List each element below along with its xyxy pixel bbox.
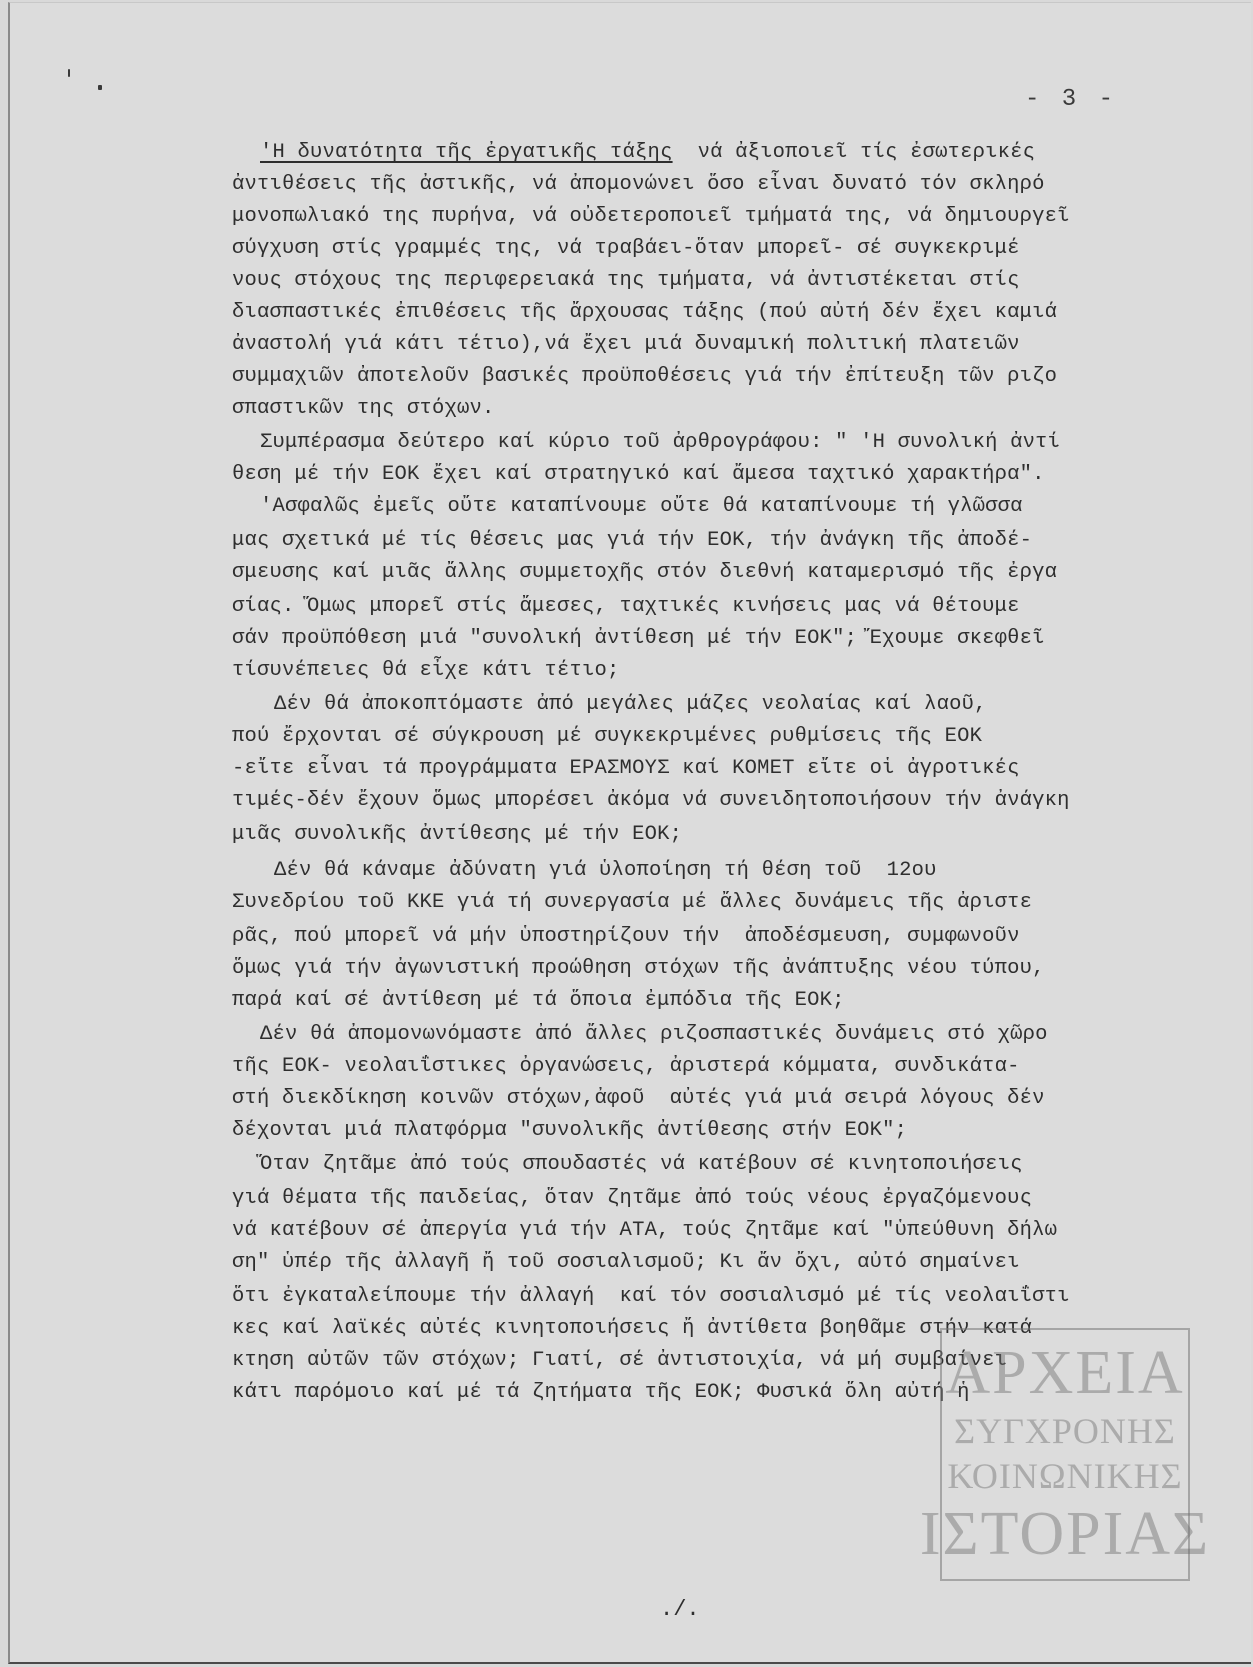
text-line: Ὅταν ζητᾶμε ἀπό τούς σπουδαστές νά κατέβ…	[260, 1149, 1023, 1181]
text-line: διασπαστικές ἐπιθέσεις τῆς ἄρχουσας τάξη…	[232, 297, 1057, 329]
text-line: σμευσης καί μιᾶς ἄλλης συμμετοχῆς στόν δ…	[232, 557, 1057, 589]
text-line: 'Ασφαλῶς ἐμεῖς οὔτε καταπίνουμε οὔτε θά …	[260, 491, 1023, 523]
text-line: νά κατέβουν σέ ἀπεργία γιά τήν ΑΤΑ, τούς…	[232, 1215, 1057, 1247]
text-line: Δέν θά κάναμε ἀδύνατη γιά ὑλοποίηση τή θ…	[274, 855, 937, 887]
page-number: - 3 -	[1025, 86, 1117, 113]
text-line: σύγχυση στίς γραμμές της, νά τραβάει-ὅτα…	[232, 233, 1020, 265]
text-line: Δέν θά ἀποκοπτόμαστε ἀπό μεγάλες μάζες ν…	[274, 689, 987, 721]
text-line: παρά καί σέ ἀντίθεση μέ τά ὅποια ἐμπόδια…	[232, 985, 845, 1017]
text-line: ἀναστολή γιά κάτι τέτιο),νά ἔχει μιά δυν…	[232, 329, 1020, 361]
end-mark: ./.	[660, 1597, 700, 1622]
text-line: κτηση αὐτῶν τῶν στόχων; Γιατί, σέ ἀντιστ…	[232, 1345, 1007, 1377]
text-line: γιά θέματα τῆς παιδείας, ὅταν ζητᾶμε ἀπό…	[232, 1183, 1032, 1215]
text-line: θεση μέ τήν ΕΟΚ ἔχει καί στρατηγικό καί …	[232, 459, 1045, 491]
text-line: ὅμως γιά τήν ἀγωνιστική προώθηση στόχων …	[232, 953, 1045, 985]
text-line: κάτι παρόμοιο καί μέ τά ζητήματα τῆς ΕΟΚ…	[232, 1377, 970, 1409]
text-line: σάν προϋπόθεση μιά "συνολική ἀντίθεση μέ…	[232, 623, 1045, 655]
underlined-heading-phrase: 'Η δυνατότητα τῆς ἐργατικῆς τάξης	[260, 141, 673, 164]
text-line: -εἴτε εἶναι τά προγράμματα ΕΡΑΣΜΟΥΣ καί …	[232, 753, 1020, 785]
text-line: κες καί λαϊκές αὐτές κινητοποιήσεις ἤ ἀν…	[232, 1313, 1032, 1345]
text-line: ση" ὑπέρ τῆς ἀλλαγῆ ἤ τοῦ σοσιαλισμοῦ; Κ…	[232, 1247, 1020, 1279]
text-line: στή διεκδίκηση κοινῶν στόχων,ἀφοῦ αὐτές …	[232, 1083, 1045, 1115]
text-line: σπαστικῶν της στόχων.	[232, 393, 495, 425]
text-line: μας σχετικά μέ τίς θέσεις μας γιά τήν ΕΟ…	[232, 525, 1032, 557]
text-line: τῆς ΕΟΚ- νεολαιΐστικες ὀργανώσεις, ἀριστ…	[232, 1051, 1020, 1083]
text-line: τίσυνέπειες θά εἶχε κάτι τέτιο;	[232, 655, 620, 687]
text-line: Συνεδρίου τοῦ ΚΚΕ γιά τή συνεργασία μέ ἄ…	[232, 887, 1032, 919]
text-line: Δέν θά ἀπομονωνόμαστε ἀπό ἄλλες ριζοσπασ…	[260, 1019, 1048, 1051]
text-line: 'Η δυνατότητα τῆς ἐργατικῆς τάξης νά ἀξι…	[260, 137, 1035, 169]
text-line: Συμπέρασμα δεύτερο καί κύριο τοῦ ἀρθρογρ…	[260, 427, 1060, 459]
text-line: ρᾶς, πού μπορεῖ νά μήν ὑποστηρίζουν τήν …	[232, 921, 1020, 953]
scan-speck	[68, 69, 70, 77]
text-line: τιμές-δέν ἔχουν ὅμως μπορέσει ἀκόμα νά σ…	[232, 785, 1070, 817]
text-line: δέχονται μιά πλατφόρμα "συνολικῆς ἀντίθε…	[232, 1115, 907, 1147]
text-line: ἀντιθέσεις τῆς ἀστικῆς, νά ἀπομονώνει ὅσ…	[232, 169, 1045, 201]
scan-speck	[98, 85, 102, 90]
text-line: πού ἔρχονται σέ σύγκρουση μέ συγκεκριμέν…	[232, 721, 982, 753]
text-line: νους στόχους της περιφερειακά της τμήματ…	[232, 265, 1020, 297]
text-line: ὅτι ἐγκαταλείπουμε τήν ἀλλαγή καί τόν σο…	[232, 1281, 1070, 1313]
text-line: μιᾶς συνολικῆς ἀντίθεσης μέ τήν ΕΟΚ;	[232, 819, 682, 851]
text-line: σίας. Ὅμως μπορεῖ στίς ἄμεσες, ταχτικές …	[232, 591, 1020, 623]
text-line: συμμαχιῶν ἀποτελοῦν βασικές προϋποθέσεις…	[232, 361, 1057, 393]
text-line: μονοπωλιακό της πυρήνα, νά οὐδετεροποιεῖ…	[232, 201, 1070, 233]
